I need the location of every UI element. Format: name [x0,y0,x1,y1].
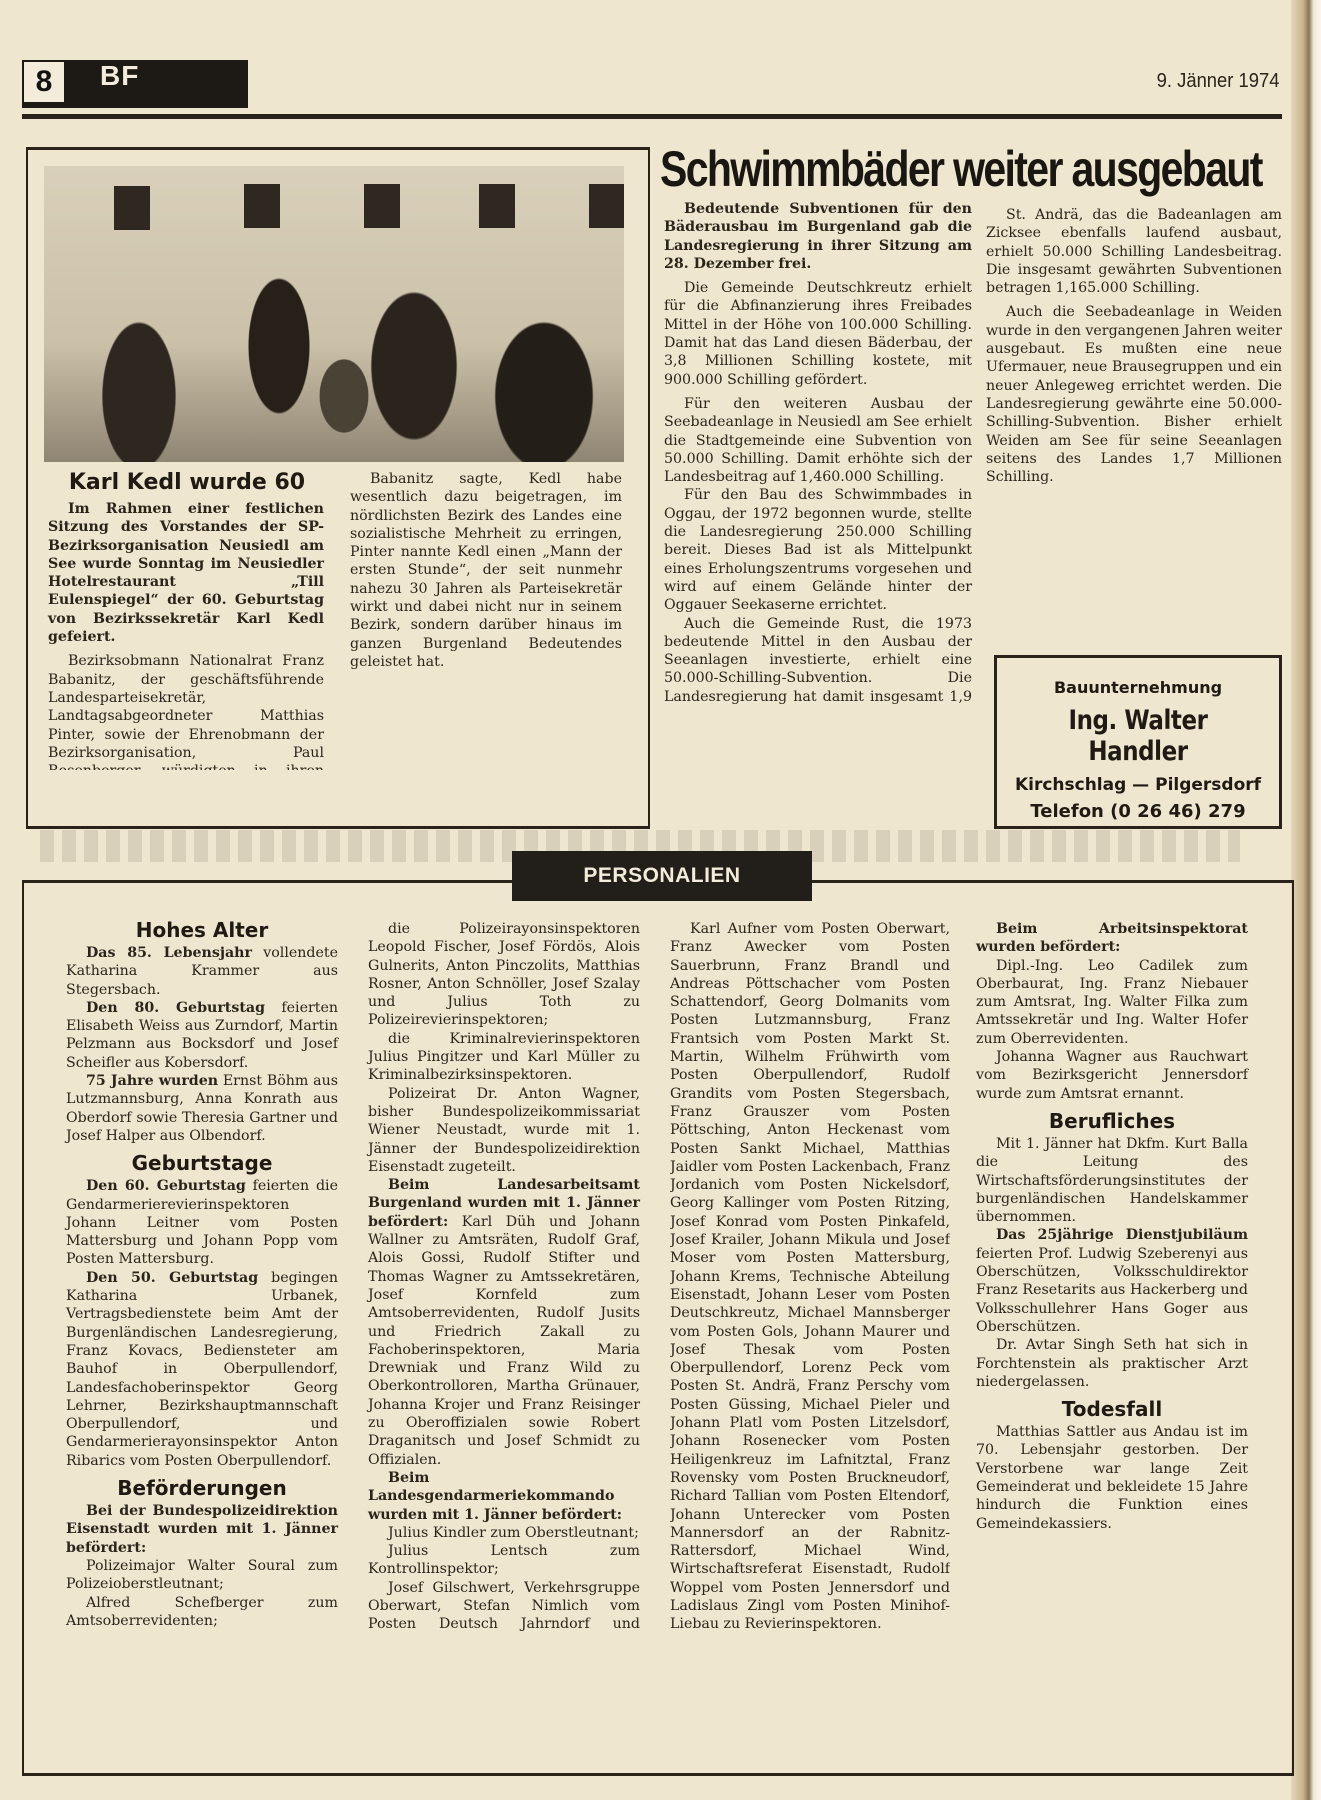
page-binding-edge [1291,0,1321,1800]
list-item: Matthias Sattler aus Andau ist im 70. Le… [976,1423,1248,1533]
heading-hohes-alter: Hohes Alter [66,918,338,942]
photo-image [44,166,624,462]
list-item: Den 60. Geburtstag feierten die Gendarme… [66,1177,338,1268]
list-item: 75 Jahre wurden Ernst Böhm aus Lutzmanns… [66,1072,338,1145]
list-item: Den 50. Geburtstag begingen Katharina Ur… [66,1269,338,1470]
list-item: Johanna Wagner aus Rauchwart vom Bezirks… [976,1048,1248,1103]
list-item: Karl Aufner vom Posten Oberwart, Franz A… [670,920,950,1634]
header-rule [22,114,1282,119]
baeder-p2: Für den weiteren Ausbau der Seebadeanlag… [664,395,972,486]
baeder-col2: St. Andrä, das die Badeanlagen am Zickse… [986,200,1282,486]
heading-befoerderungen: Beförderungen [66,1476,338,1500]
list-item: Den 80. Geburtstag feierten Elisabeth We… [66,999,338,1072]
personalien-label: PERSONALIEN [512,851,812,901]
personalien-col1: Hohes Alter Das 85. Lebensjahr vollendet… [66,912,338,1630]
wall-picture [114,186,150,230]
baeder-headline: Schwimmbäder weiter ausgebaut [660,140,1175,198]
gendarmerie-intro: Beim Landesgendarmeriekommando wurden mi… [368,1469,640,1524]
list-item: Julius Kindler zum Oberstleutnant; [368,1524,640,1542]
baeder-p4: Auch die Gemeinde Rust, die 1973 bedeute… [664,615,972,707]
list-item: Julius Lentsch zum Kontrollinspektor; [368,1542,640,1579]
list-item: Josef Gilschwert, Verkehrsgruppe Oberwar… [368,1579,640,1634]
kedl-article-col1: Im Rahmen einer festlichen Sitzung des V… [48,500,324,770]
baeder-p3: Für den Bau des Schwimmbades in Oggau, d… [664,486,972,614]
list-item: Beim Landesarbeitsamt Burgenland wurden … [368,1176,640,1469]
wall-picture [364,184,400,228]
personalien-col2: die Polizeirayonsinspektoren Leopold Fis… [368,920,640,1634]
list-item: Das 85. Lebensjahr vollendete Katharina … [66,944,338,999]
kedl-article-title: Karl Kedl wurde 60 [42,470,332,495]
heading-todesfall: Todesfall [976,1397,1248,1421]
baeder-col1: Bedeutende Subventionen für den Bäderaus… [664,200,972,707]
list-item: die Kriminalrevierinspektoren Julius Pin… [368,1030,640,1085]
kedl-article-p2: Babanitz sagte, Kedl habe wesentlich daz… [350,470,622,671]
advertisement-box: Bauunternehmung Ing. Walter Handler Kirc… [994,655,1282,829]
list-item: Polizeimajor Walter Soural zum Polizeiob… [66,1557,338,1594]
baeder-p6: Auch die Seebadeanlage in Weiden wurde i… [986,303,1282,486]
list-item: Das 25jährige Dienstjubiläum feierten Pr… [976,1226,1248,1336]
personalien-col4: Beim Arbeitsinspektorat wurden befördert… [976,920,1248,1533]
befoerderungen-intro: Bei der Bundespolizeidirektion Eisenstad… [66,1502,338,1557]
ad-company-name: Ing. Walter Handler [1018,705,1258,767]
list-item: Polizeirat Dr. Anton Wagner, bisher Bund… [368,1085,640,1176]
baeder-p5: St. Andrä, das die Badeanlagen am Zickse… [986,206,1282,297]
page-number: 8 [24,62,64,102]
list-item: Mit 1. Jänner hat Dkfm. Kurt Balla die L… [976,1135,1248,1226]
wall-picture [589,184,624,228]
heading-geburtstage: Geburtstage [66,1151,338,1175]
kedl-article-lead: Im Rahmen einer festlichen Sitzung des V… [48,500,324,646]
personalien-col3: Karl Aufner vom Posten Oberwart, Franz A… [670,920,950,1758]
heading-berufliches: Berufliches [976,1109,1248,1133]
baeder-lead: Bedeutende Subventionen für den Bäderaus… [664,200,972,273]
list-item: Dr. Avtar Singh Seth hat sich in Forchte… [976,1336,1248,1391]
ad-company-type: Bauunternehmung [997,678,1279,697]
ad-locations: Kirchschlag — Pilgersdorf [997,775,1279,795]
section-label: BF [100,60,139,104]
arbeitsinspektorat-intro: Beim Arbeitsinspektorat wurden befördert… [976,920,1248,957]
wall-picture [244,184,280,228]
baeder-p1: Die Gemeinde Deutschkreutz erhielt für d… [664,279,972,389]
wall-picture [479,184,515,228]
list-item: Alfred Schefberger zum Amtsoberrevidente… [66,1594,338,1631]
list-item: Dipl.-Ing. Leo Cadilek zum Oberbaurat, I… [976,957,1248,1048]
list-item: die Polizeirayonsinspektoren Leopold Fis… [368,920,640,1030]
kedl-article-col2: Babanitz sagte, Kedl habe wesentlich daz… [350,470,622,671]
issue-date: 9. Jänner 1974 [1156,70,1279,93]
kedl-article-p1: Bezirksobmann Nationalrat Franz Babanitz… [48,652,324,770]
ad-phone: Telefon (0 26 46) 279 [997,801,1279,822]
